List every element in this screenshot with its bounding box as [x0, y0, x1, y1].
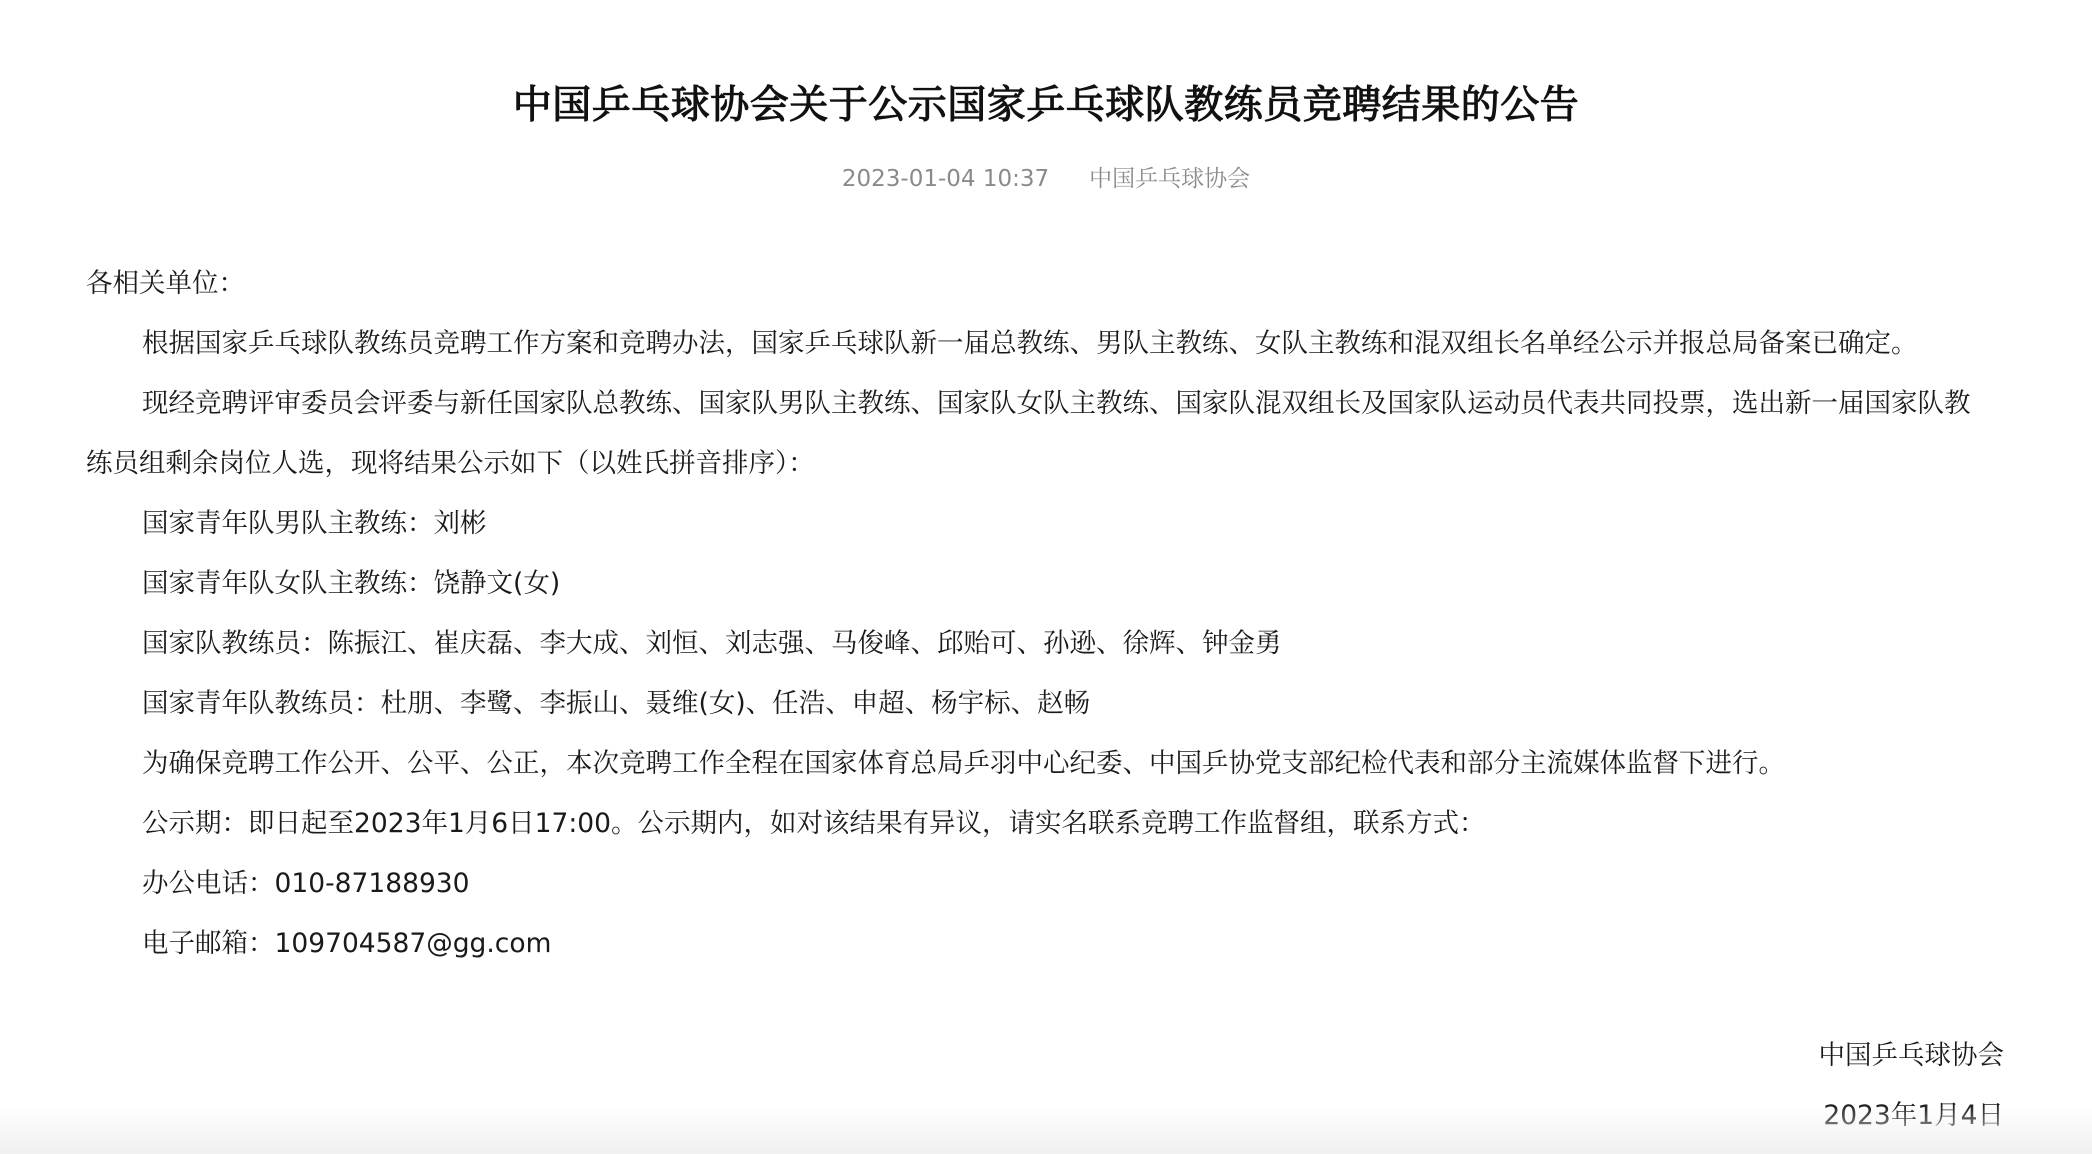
- article-page: 中国乒乓球协会关于公示国家乒乓球队教练员竞聘结果的公告 2023-01-04 1…: [0, 0, 2092, 1154]
- result-youth-men-head-coach: 国家青年队男队主教练：刘彬: [86, 494, 1994, 554]
- signature-org: 中国乒乓球协会: [1819, 1026, 2005, 1086]
- article-meta: 2023-01-04 10:37中国乒乓球协会: [0, 162, 2092, 196]
- article-title: 中国乒乓球协会关于公示国家乒乓球队教练员竞聘结果的公告: [0, 78, 2092, 134]
- email-address: 109704587@gg.com: [275, 928, 552, 959]
- phone-label: 办公电话：: [142, 868, 275, 899]
- result-youth-coaches: 国家青年队教练员：杜朋、李鹭、李振山、聂维(女)、任浩、申超、杨宇标、赵畅: [86, 674, 1994, 734]
- result-label: 国家队教练员：: [142, 628, 328, 659]
- result-names: 刘彬: [434, 508, 487, 539]
- contact-email: 电子邮箱：109704587@gg.com: [86, 914, 1994, 974]
- bottom-fade-overlay: [0, 1104, 2092, 1154]
- salutation: 各相关单位：: [86, 254, 1994, 314]
- result-youth-women-head-coach: 国家青年队女队主教练：饶静文(女): [86, 554, 1994, 614]
- result-names: 杜朋、李鹭、李振山、聂维(女)、任浩、申超、杨宇标、赵畅: [381, 688, 1091, 719]
- result-names: 饶静文(女): [434, 568, 561, 599]
- signature-date: 2023年1月4日: [1823, 1086, 2004, 1146]
- contact-phone: 办公电话：010-87188930: [86, 854, 1994, 914]
- email-label: 电子邮箱：: [142, 928, 275, 959]
- publish-source: 中国乒乓球协会: [1089, 166, 1250, 192]
- paragraph-voting: 现经竞聘评审委员会评委与新任国家队总教练、国家队男队主教练、国家队女队主教练、国…: [86, 374, 1994, 494]
- phone-number: 010-87188930: [275, 868, 470, 899]
- publish-datetime: 2023-01-04 10:37: [842, 166, 1049, 192]
- paragraph-intro: 根据国家乒乓球队教练员竞聘工作方案和竞聘办法，国家乒乓球队新一届总教练、男队主教…: [86, 314, 1994, 374]
- result-names: 陈振江、崔庆磊、李大成、刘恒、刘志强、马俊峰、邱贻可、孙逊、徐辉、钟金勇: [328, 628, 1282, 659]
- result-national-coaches: 国家队教练员：陈振江、崔庆磊、李大成、刘恒、刘志强、马俊峰、邱贻可、孙逊、徐辉、…: [86, 614, 1994, 674]
- paragraph-supervision: 为确保竞聘工作公开、公平、公正，本次竞聘工作全程在国家体育总局乒羽中心纪委、中国…: [86, 734, 1994, 794]
- result-label: 国家青年队男队主教练：: [142, 508, 434, 539]
- paragraph-period: 公示期：即日起至2023年1月6日17:00。公示期内，如对该结果有异议，请实名…: [86, 794, 1994, 854]
- result-label: 国家青年队教练员：: [142, 688, 381, 719]
- result-label: 国家青年队女队主教练：: [142, 568, 434, 599]
- article-body: 各相关单位： 根据国家乒乓球队教练员竞聘工作方案和竞聘办法，国家乒乓球队新一届总…: [86, 254, 1994, 974]
